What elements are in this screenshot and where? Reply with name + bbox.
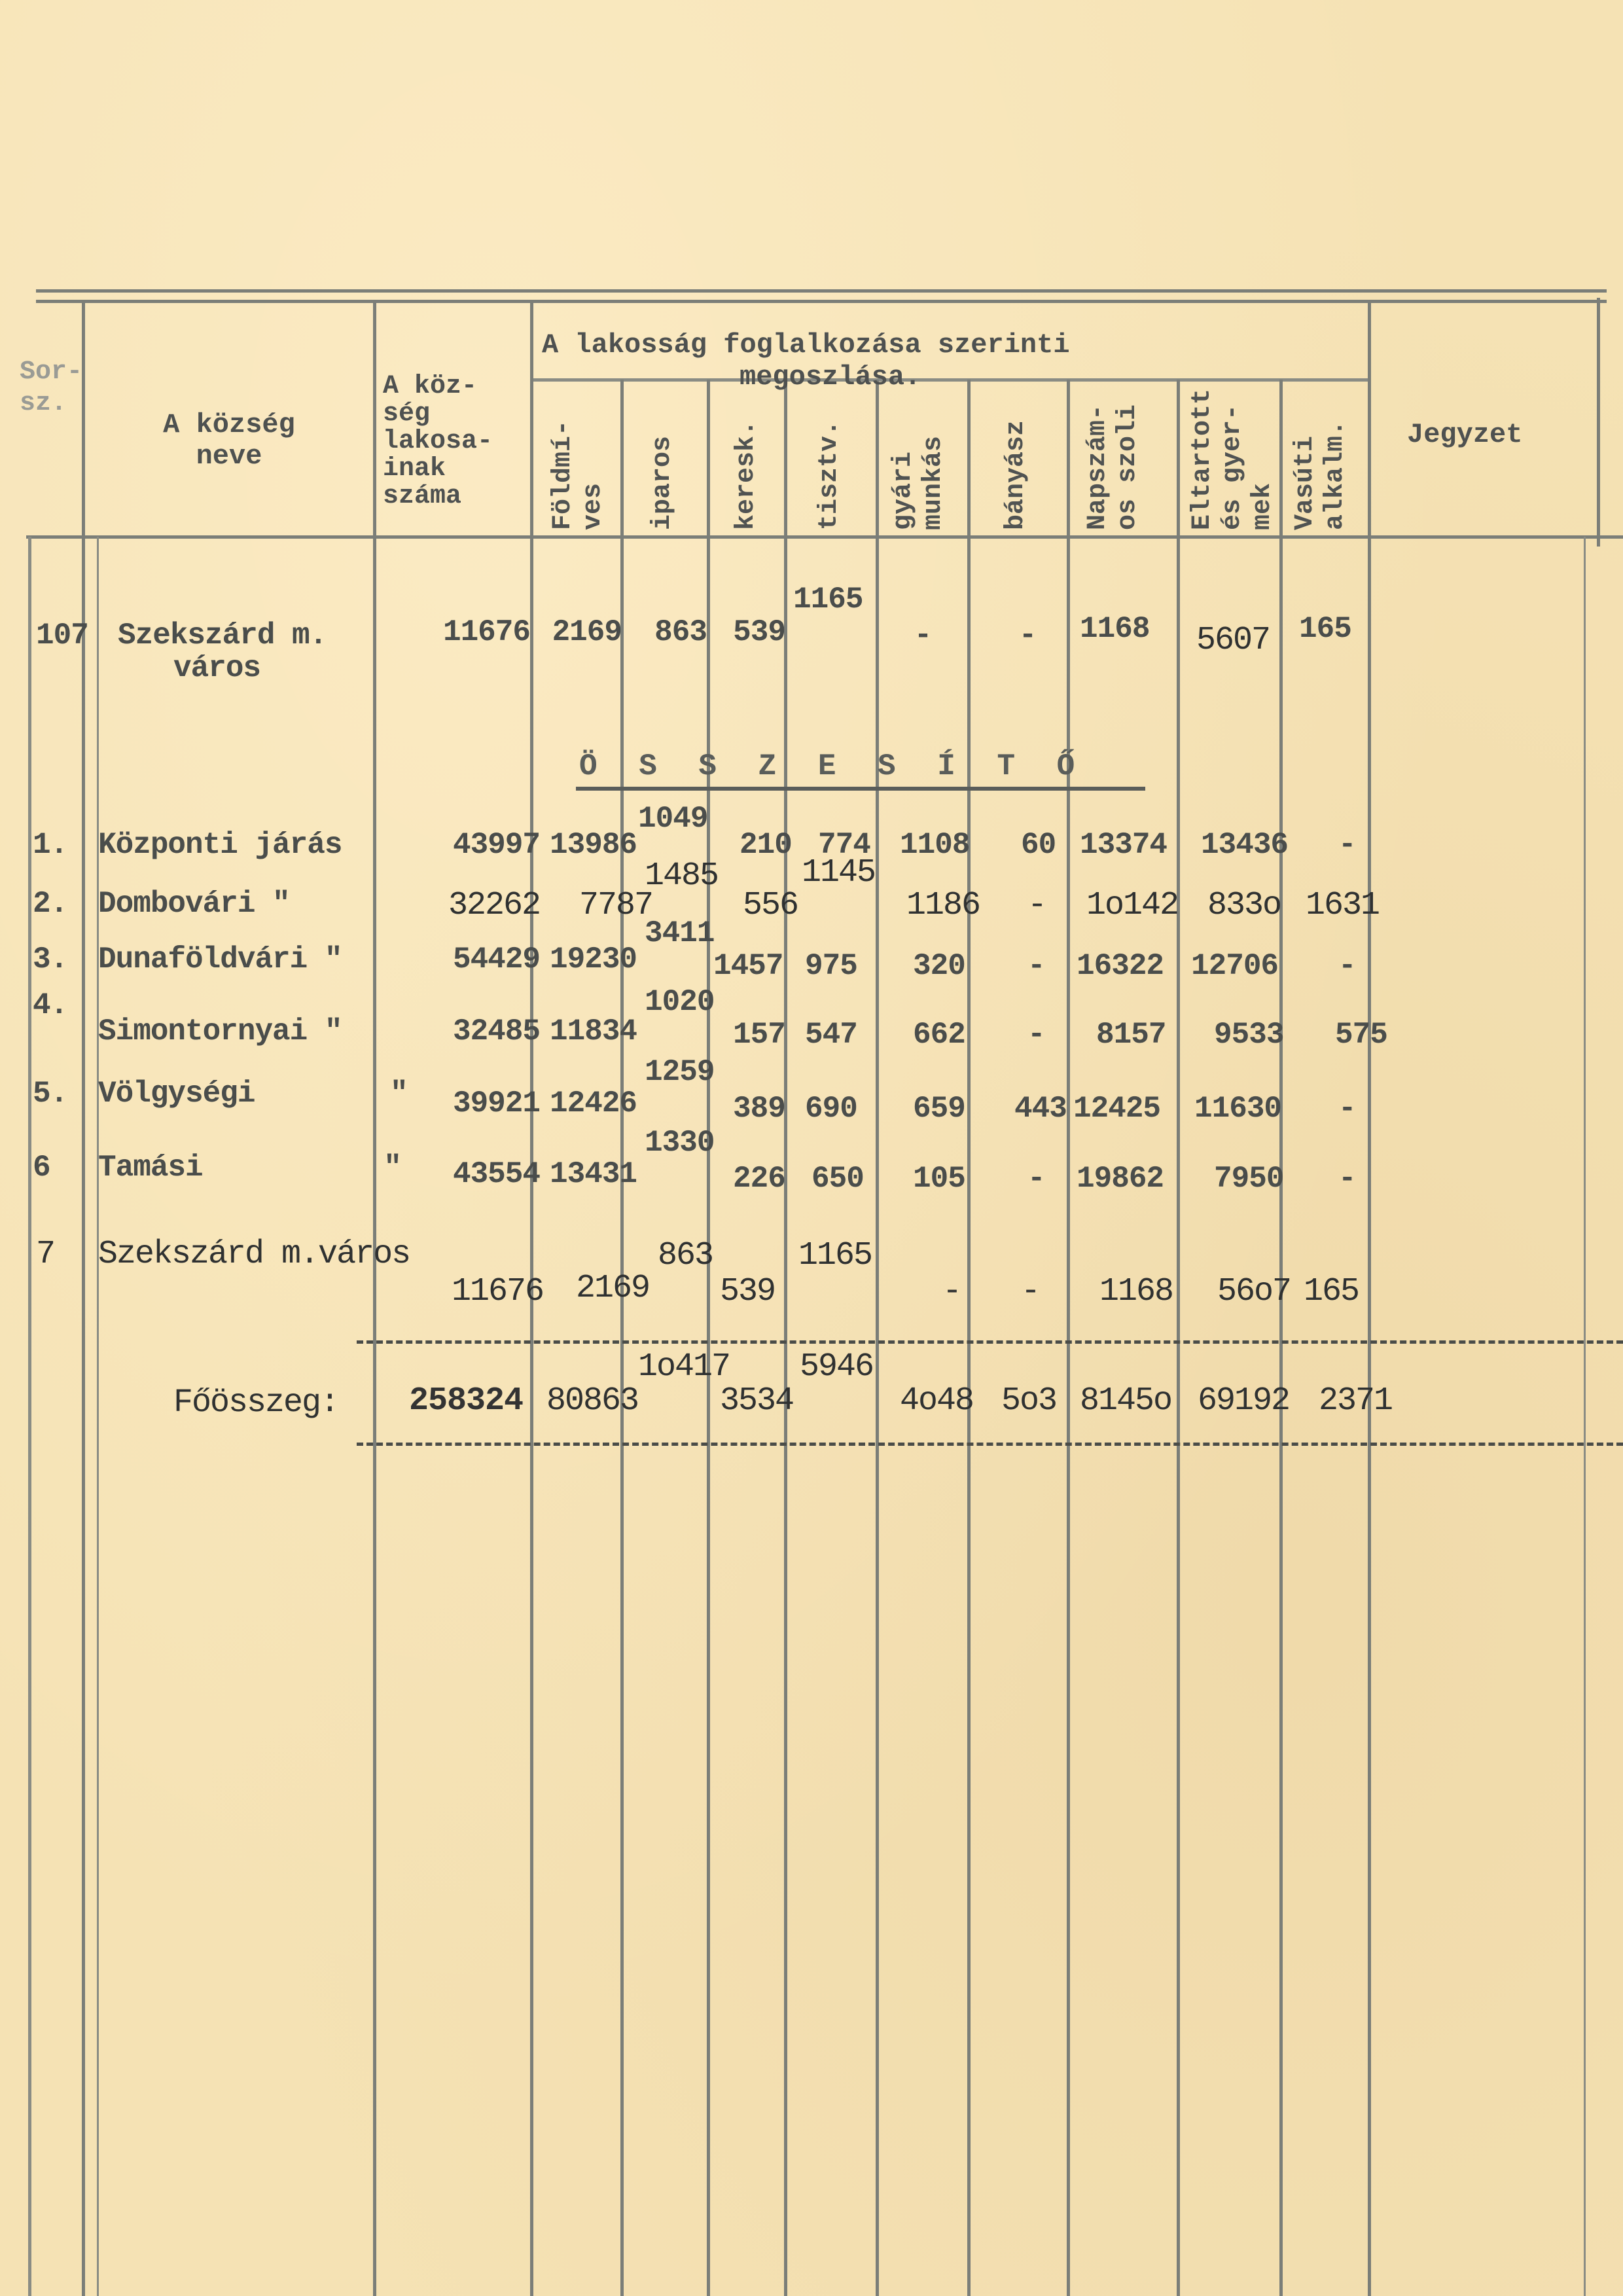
cell-vasuti: 165 bbox=[1299, 612, 1351, 646]
cell-lakosok: 43997 bbox=[406, 828, 540, 862]
header-col-tisztviselo: tisztv. bbox=[815, 380, 845, 530]
total-foldmuves: 80863 bbox=[546, 1382, 638, 1420]
cell-gyari-munkas: 662 bbox=[913, 1018, 965, 1052]
cell-tisztviselo: 1165 bbox=[793, 583, 863, 617]
cell-lakosok: 43554 bbox=[406, 1157, 540, 1191]
row-number: 7 bbox=[36, 1236, 54, 1273]
cell-foldmuves: 12426 bbox=[550, 1086, 637, 1121]
cell-vasuti: - bbox=[1338, 949, 1356, 983]
cell-kereskedo: 1457 bbox=[713, 949, 783, 983]
cell-napszamos: 13374 bbox=[1080, 828, 1167, 862]
row-number: 5. bbox=[33, 1077, 67, 1111]
row-number: 4. bbox=[33, 988, 67, 1022]
cell-napszamos: 1168 bbox=[1099, 1273, 1173, 1310]
cell-iparos: 1020 bbox=[645, 985, 714, 1019]
header-col-vasuti: Vasúti alkalm. bbox=[1291, 386, 1351, 530]
header-bottom-rule bbox=[26, 535, 1623, 539]
cell-iparos: 1330 bbox=[645, 1126, 714, 1160]
col-rule bbox=[1597, 298, 1600, 547]
cell-kereskedo: 389 bbox=[733, 1092, 785, 1126]
cell-vasuti: - bbox=[1338, 828, 1356, 862]
cell-eltartott: 833o bbox=[1207, 887, 1281, 924]
cell-gyari-munkas: 1108 bbox=[900, 828, 969, 862]
header-sorszam: Sor- sz. bbox=[20, 357, 82, 420]
cell-tisztviselo: 547 bbox=[805, 1018, 857, 1052]
header-col-iparos: iparos bbox=[648, 393, 678, 530]
cell-banyasz: - bbox=[1027, 1018, 1045, 1052]
cell-tisztviselo: 1145 bbox=[802, 854, 875, 891]
col-rule bbox=[784, 380, 787, 2296]
col-rule bbox=[967, 380, 971, 2296]
cell-lakosok: 32262 bbox=[406, 887, 540, 924]
cell-napszamos: 12425 bbox=[1073, 1092, 1160, 1126]
header-col-eltartott: Eltartott és gyer- mek bbox=[1188, 347, 1278, 530]
total-lakosok: 258324 bbox=[409, 1382, 523, 1420]
cell-iparos: 1049 bbox=[638, 802, 707, 836]
row-name-2: város bbox=[173, 651, 260, 685]
row-number: 2. bbox=[33, 887, 67, 921]
cell-eltartott: 7950 bbox=[1214, 1162, 1283, 1196]
cell-lakosok: 32485 bbox=[406, 1014, 540, 1049]
col-rule bbox=[876, 380, 879, 2296]
header-col-gyari-munkas: gyári munkás bbox=[889, 406, 949, 530]
cell-kereskedo: 539 bbox=[720, 1273, 775, 1310]
cell-lakosok: 11676 bbox=[406, 1273, 543, 1310]
total-eltartott: 69192 bbox=[1198, 1382, 1289, 1420]
cell-tisztviselo: 690 bbox=[805, 1092, 857, 1126]
col-rule bbox=[1279, 380, 1283, 2296]
cell-kereskedo: 157 bbox=[733, 1018, 785, 1052]
total-kereskedo: 3534 bbox=[720, 1382, 793, 1420]
top-rule-2 bbox=[36, 300, 1607, 303]
cell-napszamos: 16322 bbox=[1077, 949, 1164, 983]
total-dash-bottom bbox=[357, 1443, 1623, 1446]
cell-foldmuves: 19230 bbox=[550, 942, 637, 977]
row-number: 6 bbox=[33, 1151, 50, 1185]
cell-napszamos: 8157 bbox=[1096, 1018, 1166, 1052]
col-rule bbox=[97, 537, 99, 2296]
cell-iparos: 1259 bbox=[645, 1055, 714, 1089]
cell-tisztviselo: 650 bbox=[811, 1162, 864, 1196]
row-name: Tamási " bbox=[98, 1151, 401, 1185]
cell-banyasz: - bbox=[1027, 1162, 1045, 1196]
cell-lakosok: 11676 bbox=[406, 615, 530, 649]
cell-iparos: 863 bbox=[628, 615, 707, 649]
cell-vasuti: - bbox=[1338, 1162, 1356, 1196]
total-dash-top bbox=[357, 1340, 1623, 1344]
header-jegyzet: Jegyzet bbox=[1407, 419, 1522, 450]
cell-gyari-munkas: 659 bbox=[913, 1092, 965, 1126]
row-name: Simontornyai " bbox=[98, 1014, 342, 1049]
cell-banyasz: - bbox=[1027, 887, 1046, 924]
row-number: 107 bbox=[36, 619, 88, 653]
col-rule bbox=[620, 380, 624, 2296]
summary-title-underline bbox=[576, 787, 1145, 791]
cell-gyari-munkas: 105 bbox=[913, 1162, 965, 1196]
cell-vasuti: 165 bbox=[1304, 1273, 1359, 1310]
col-rule bbox=[1177, 380, 1180, 2296]
cell-banyasz: - bbox=[1027, 949, 1045, 983]
row-name: Völgységi " bbox=[98, 1077, 408, 1111]
cell-eltartott: 56o7 bbox=[1217, 1273, 1291, 1310]
col-rule bbox=[82, 301, 85, 2296]
cell-banyasz: - bbox=[982, 619, 1073, 653]
header-col-kereskedo: keresk. bbox=[732, 380, 762, 530]
row-name: Szekszárd m. bbox=[118, 619, 327, 653]
cell-vasuti: 1631 bbox=[1306, 887, 1379, 924]
header-lakosok-szama: A köz- ség lakosa- inak száma bbox=[383, 373, 493, 511]
cell-kereskedo: 556 bbox=[743, 887, 798, 924]
cell-kereskedo: 226 bbox=[733, 1162, 785, 1196]
row-name: Dunaföldvári " bbox=[98, 942, 342, 977]
cell-napszamos: 19862 bbox=[1077, 1162, 1164, 1196]
cell-gyari-munkas: - bbox=[942, 1273, 961, 1310]
header-col-foldmuves: Földmí- ves bbox=[548, 393, 609, 530]
header-col-banyasz: bányász bbox=[1001, 393, 1031, 530]
cell-foldmuves: 7787 bbox=[579, 887, 652, 924]
cell-tisztviselo: 1165 bbox=[798, 1237, 872, 1274]
cell-gyari-munkas: - bbox=[877, 619, 969, 653]
cell-eltartott: 5607 bbox=[1196, 622, 1270, 659]
col-rule bbox=[28, 537, 31, 2296]
total-label: Főösszeg: bbox=[173, 1384, 338, 1422]
cell-kereskedo: 539 bbox=[710, 615, 785, 649]
row-number: 3. bbox=[33, 942, 67, 977]
row-name: Dombovári " bbox=[98, 887, 290, 921]
cell-foldmuves: 13431 bbox=[550, 1157, 637, 1191]
cell-iparos: 3411 bbox=[645, 916, 714, 950]
top-rule bbox=[36, 289, 1607, 293]
total-gyari-munkas: 4o48 bbox=[900, 1382, 973, 1420]
col-rule bbox=[373, 301, 376, 2296]
cell-foldmuves: 2169 bbox=[576, 1270, 649, 1307]
cell-iparos: 863 bbox=[658, 1237, 713, 1274]
total-napszamos: 8145o bbox=[1080, 1382, 1171, 1420]
row-name: Központi járás bbox=[98, 828, 342, 862]
cell-eltartott: 13436 bbox=[1201, 828, 1288, 862]
cell-iparos: 1485 bbox=[645, 857, 718, 895]
cell-foldmuves: 11834 bbox=[550, 1014, 637, 1049]
total-vasuti: 2371 bbox=[1319, 1382, 1392, 1420]
cell-vasuti: 575 bbox=[1335, 1018, 1387, 1052]
cell-banyasz: 443 bbox=[1014, 1092, 1067, 1126]
cell-gyari-munkas: 1186 bbox=[906, 887, 980, 924]
cell-banyasz: - bbox=[1021, 1273, 1039, 1310]
col-rule bbox=[1584, 537, 1586, 2296]
total-banyasz: 5o3 bbox=[1001, 1382, 1056, 1420]
row-number: 1. bbox=[33, 828, 67, 862]
cell-eltartott: 12706 bbox=[1191, 949, 1278, 983]
cell-foldmuves: 2169 bbox=[533, 615, 622, 649]
cell-banyasz: 60 bbox=[1021, 828, 1056, 862]
row-name: Szekszárd m.város bbox=[98, 1236, 410, 1273]
summary-title: Ö S S Z E S Í T Ő bbox=[579, 749, 1086, 783]
cell-lakosok: 54429 bbox=[406, 942, 540, 977]
cell-vasuti: - bbox=[1338, 1092, 1356, 1126]
cell-napszamos: 1o142 bbox=[1086, 887, 1178, 924]
col-rule bbox=[1067, 380, 1070, 2296]
cell-kereskedo: 210 bbox=[740, 828, 792, 862]
header-group-title: A lakosság foglalkozása szerinti bbox=[542, 329, 1070, 361]
total-tisztviselo: 5946 bbox=[800, 1348, 873, 1386]
header-col-napszamos: Napszám- os szoli bbox=[1083, 393, 1143, 530]
cell-foldmuves: 13986 bbox=[550, 828, 637, 862]
cell-eltartott: 9533 bbox=[1214, 1018, 1283, 1052]
cell-gyari-munkas: 320 bbox=[913, 949, 965, 983]
cell-tisztviselo: 975 bbox=[805, 949, 857, 983]
cell-eltartott: 11630 bbox=[1194, 1092, 1281, 1126]
cell-napszamos: 1168 bbox=[1080, 612, 1149, 646]
col-rule bbox=[707, 380, 710, 2296]
col-rule bbox=[1368, 301, 1371, 2296]
total-iparos: 1o417 bbox=[638, 1348, 730, 1386]
cell-lakosok: 39921 bbox=[406, 1086, 540, 1121]
header-kozseg-neve: A község neve bbox=[98, 409, 360, 472]
